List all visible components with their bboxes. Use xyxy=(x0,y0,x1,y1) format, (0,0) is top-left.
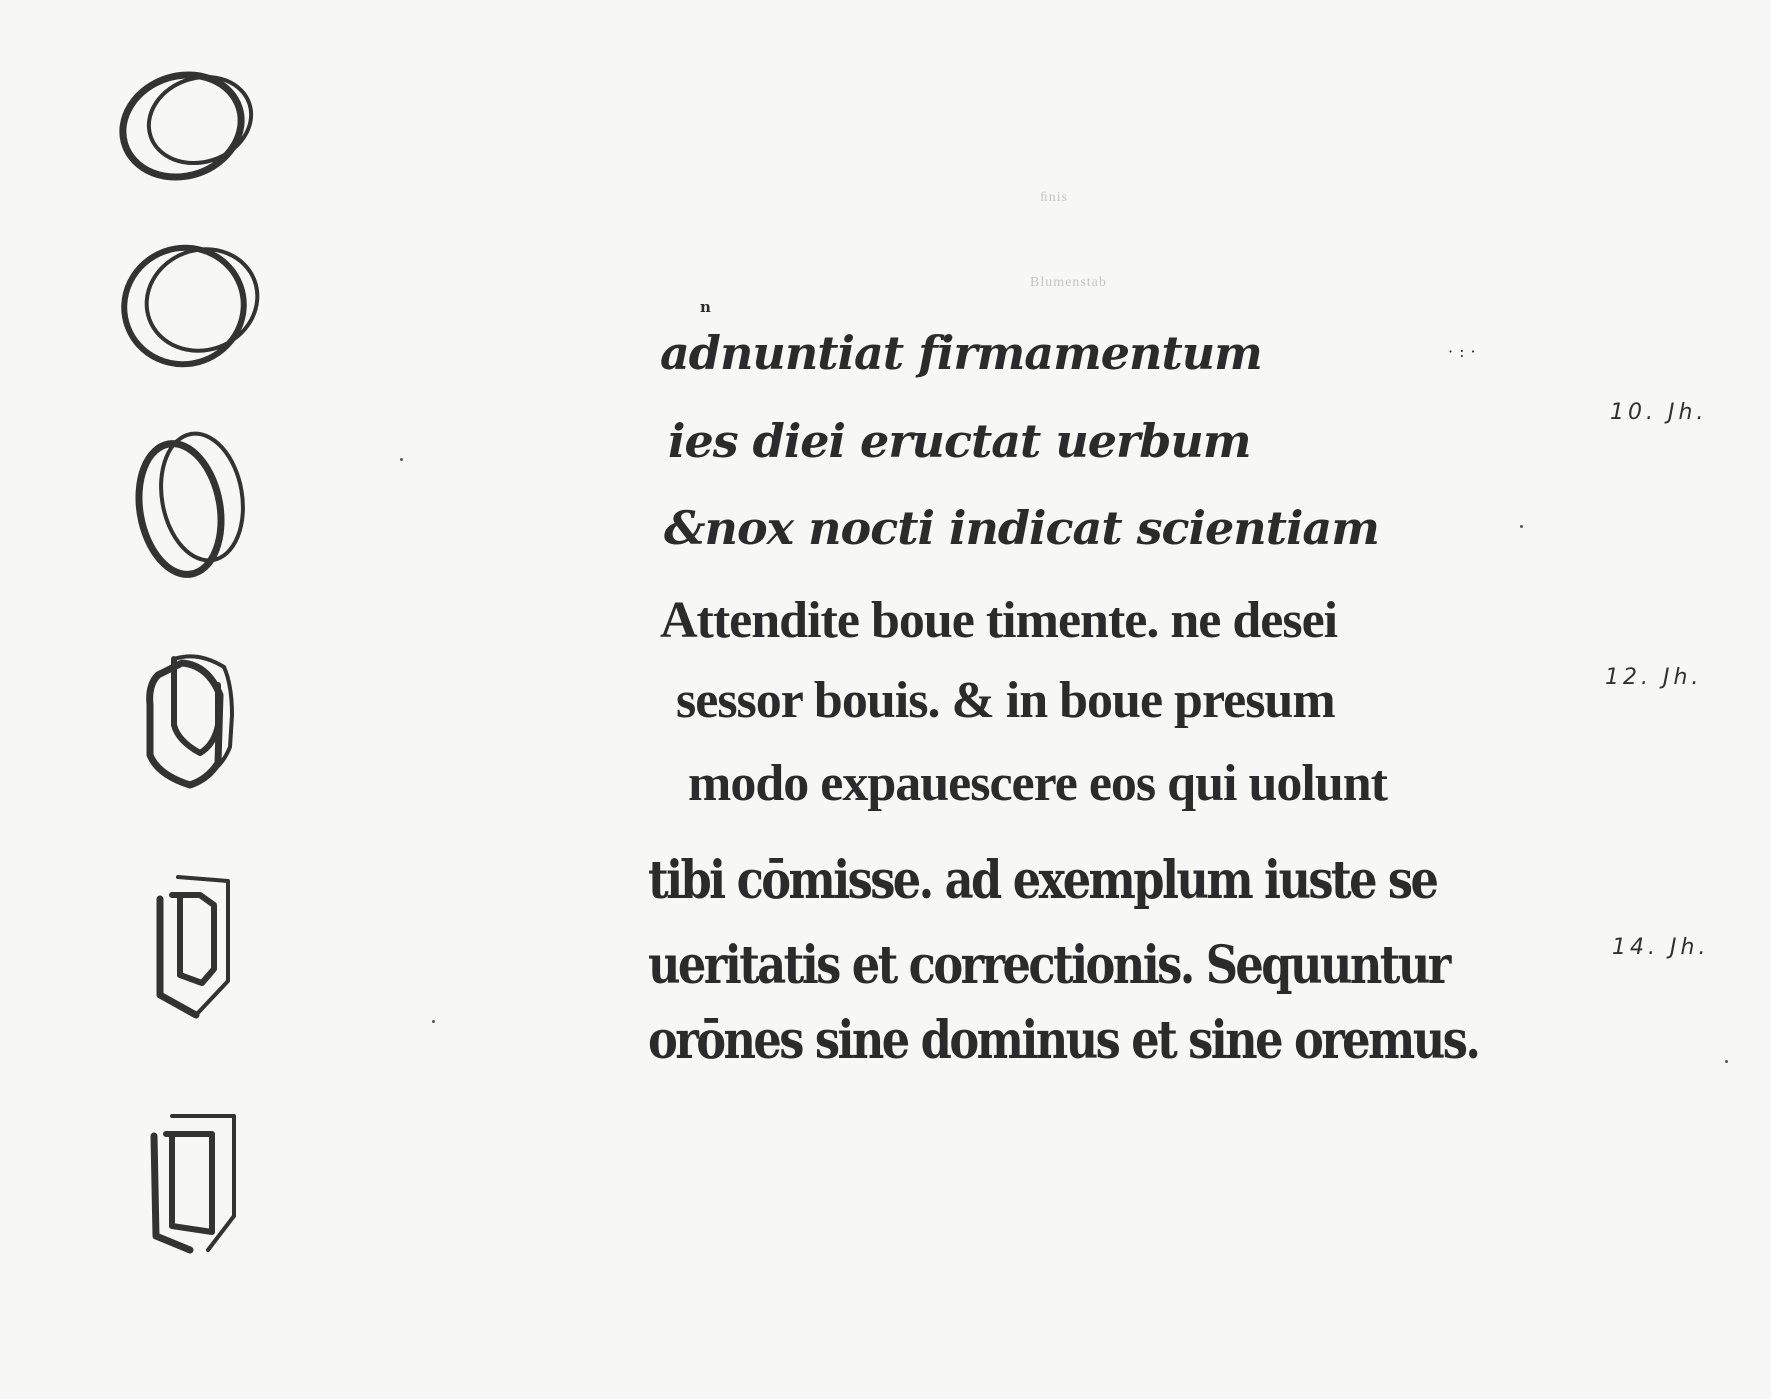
upright-o-icon xyxy=(128,425,258,585)
paper-speck xyxy=(400,458,403,461)
script-line-4: Attendite boue timente. ne desei xyxy=(660,595,1337,647)
script-line-5: sessor bouis. & in boue presum xyxy=(676,675,1335,727)
century-label-12: 12. Jh. xyxy=(1605,665,1702,690)
calligraphy-plate: ﬁnis Blumenstab xyxy=(0,0,1771,1399)
century-label-14: 14. Jh. xyxy=(1612,935,1709,960)
round-o-icon xyxy=(110,230,270,380)
compressed-o-icon xyxy=(128,645,258,795)
century-label-10: 10. Jh. xyxy=(1610,400,1707,425)
script-line-3: &nox nocti indicat scientiam xyxy=(664,505,1379,551)
script-line-6: modo expauescere eos qui uolunt xyxy=(688,758,1387,810)
script-line-2: ies diei eructat uerbum xyxy=(668,418,1251,464)
ink-specks: ·:· xyxy=(1448,342,1482,361)
round-o-icon xyxy=(110,60,270,190)
paper-speck xyxy=(1725,1060,1728,1063)
script-line-1: adnuntiat firmamentum xyxy=(660,330,1262,376)
faint-smudge-mark: Blumenstab xyxy=(1030,275,1107,291)
superscript-n: n xyxy=(700,300,710,315)
script-line-9: orōnes sine dominus et sine oremus. xyxy=(648,1015,1478,1067)
faint-smudge-mark: ﬁnis xyxy=(1040,190,1068,206)
paper-speck xyxy=(1520,525,1523,528)
paper-speck xyxy=(432,1020,435,1023)
textura-o-icon xyxy=(138,1100,258,1260)
letterform-o-column xyxy=(100,30,300,1370)
script-line-8: ueritatis et correctionis. Sequuntur xyxy=(648,940,1449,992)
broken-o-icon xyxy=(128,865,258,1025)
script-line-7: tibi cōmisse. ad exemplum iuste se xyxy=(648,855,1436,907)
